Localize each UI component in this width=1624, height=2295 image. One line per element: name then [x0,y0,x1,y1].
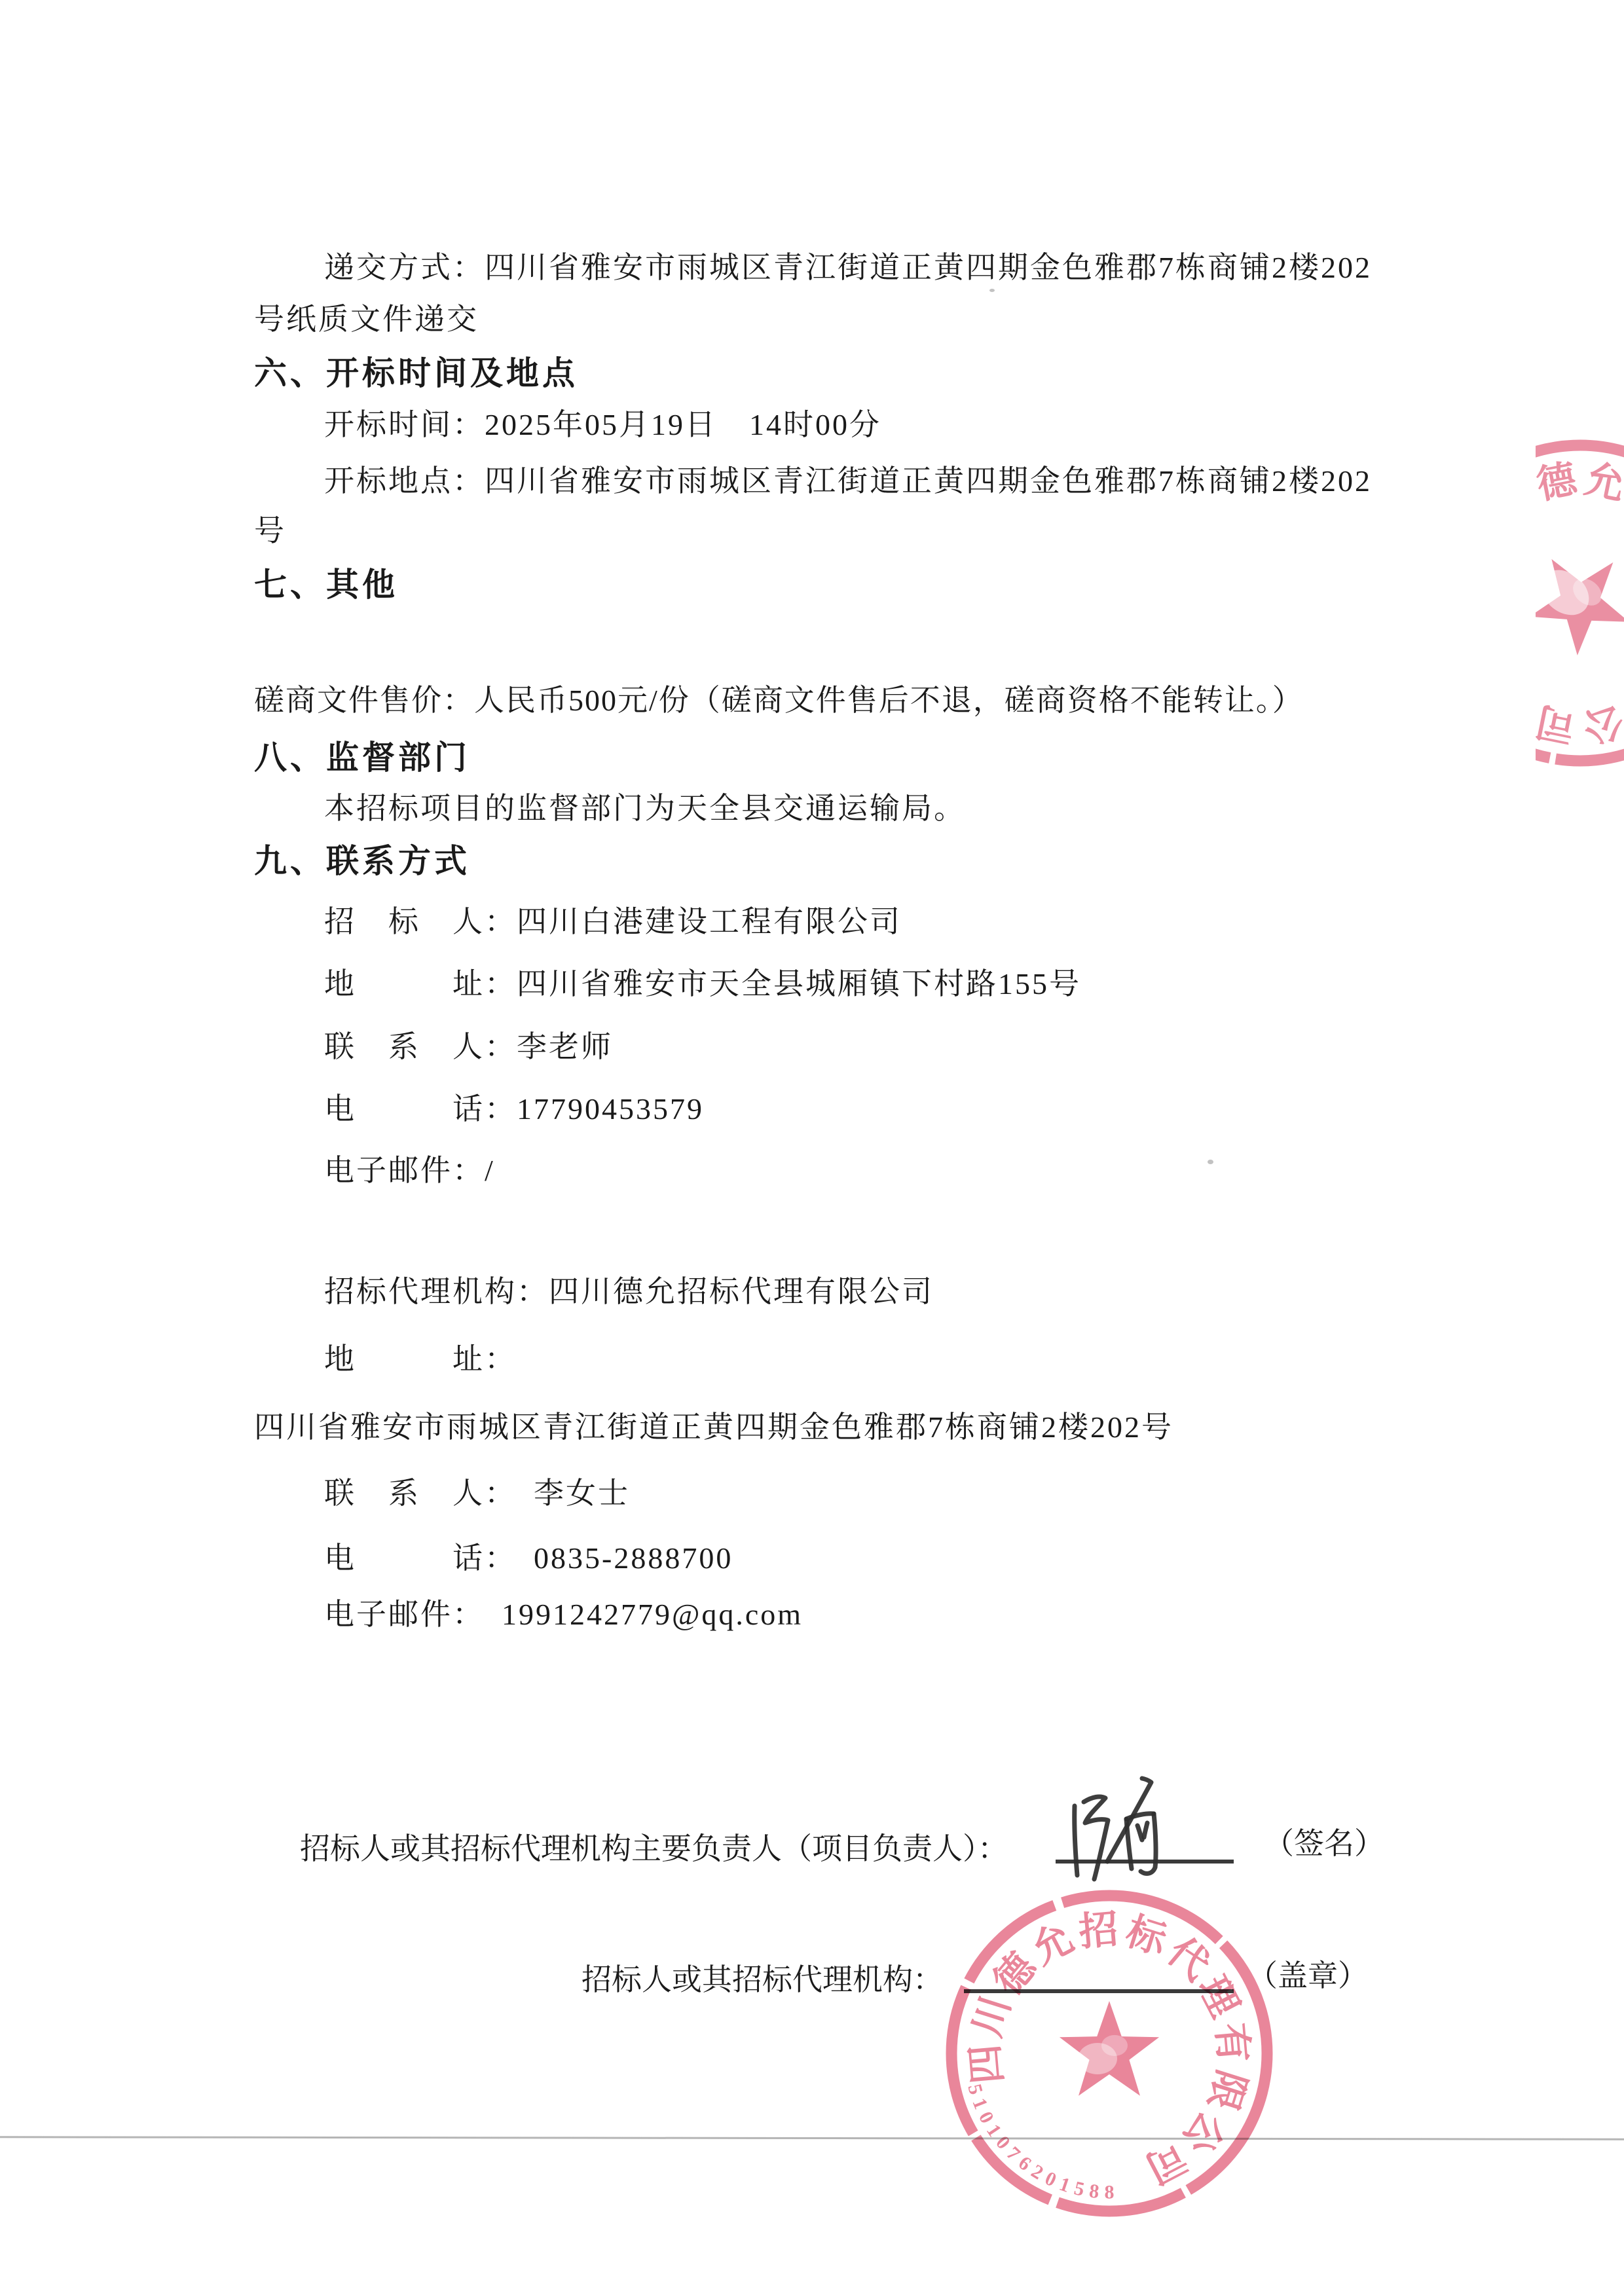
label-sign-name: （签名） [1264,1826,1384,1862]
heading-section-8: 八、监督部门 [254,738,470,777]
company-seal-stamp-bottom: 四川德允招标代理有限公司5101076201588 [946,1890,1273,2217]
stamp-serial-digit: 1 [1056,2173,1073,2197]
line-supervision-dept: 本招标项目的监督部门为天全县交通运输局。 [324,790,966,826]
stamp-serial-digit: 0 [1042,2167,1060,2191]
line-tenderer-email: 电子邮件：/ [324,1152,495,1188]
signature-stroke [1075,1806,1077,1875]
line-submission-method-wrap: 号纸质文件递交 [254,301,479,337]
stamp-ring-char: 允 [1581,457,1624,507]
signature-stroke [1141,1814,1156,1873]
stamp-ring-char: 川 [965,1991,1018,2042]
line-agency-email: 电子邮件： 1991242779@qq.com [324,1596,803,1632]
line-bid-opening-place-wrap: 号 [254,513,286,549]
scan-speck-1 [989,289,995,292]
stamp-ring-char: 四 [963,2043,1010,2086]
company-seal-stamp-edge-partial-clip: 四川德允招标代理有限公司5101076201588 [1536,419,1624,786]
stamp-serial-digit: 1 [968,2095,991,2112]
stamp-ink-void [1101,2035,1128,2056]
stamp-ring-char: 司 [1536,699,1579,749]
heading-section-9: 九、联系方式 [254,841,470,881]
stamp-ring-char: 标 [1121,1909,1173,1963]
stamp-ring-char: 德 [1536,457,1581,507]
scan-artifact-line [0,2136,1624,2140]
stamp-serial-digit: 8 [1105,2182,1115,2203]
line-tenderer-phone: 电 话：17790453579 [324,1091,704,1127]
stamp-ring-char: 限 [1200,2065,1253,2116]
company-seal-stamp-edge-partial: 四川德允招标代理有限公司5101076201588 [1536,439,1624,767]
line-bid-opening-time: 开标时间：2025年05月19日 14时00分 [324,407,881,443]
signature-stroke [1144,1823,1147,1837]
line-agency-address-label: 地 址： [324,1341,517,1377]
stamp-ring-char: 招 [1077,1907,1120,1954]
stamp-ring-char: 有 [1209,2021,1255,2065]
line-agency-name: 招标代理机构：四川德允招标代理有限公司 [324,1274,934,1310]
signature-stroke [1084,1797,1108,1879]
scanned-document-page: 递交方式：四川省雅安市雨城区青江街道正黄四期金色雅郡7栋商铺2楼202号纸质文件… [0,0,1624,2295]
line-document-price: 磋商文件售价：人民币500元/份（磋商文件售后不退，磋商资格不能转让。） [254,682,1304,718]
line-agency-phone: 电 话： 0835-2888700 [324,1540,733,1576]
line-submission-method: 递交方式：四川省雅安市雨城区青江街道正黄四期金色雅郡7栋商铺2楼202 [324,249,1372,285]
scan-speck-0 [1208,1160,1213,1164]
line-bid-opening-place: 开标地点：四川省雅安市雨城区青江街道正黄四期金色雅郡7栋商铺2楼202 [324,463,1372,499]
line-tenderer-contact: 联 系 人：李老师 [324,1029,613,1065]
signature-blank-line [1056,1860,1234,1864]
signature-stroke [1126,1814,1154,1819]
line-org-seal: 招标人或其招标代理机构： [581,1962,943,1998]
line-tenderer-name: 招 标 人：四川白港建设工程有限公司 [324,904,902,940]
line-agency-contact: 联 系 人： 李女士 [324,1475,630,1511]
line-responsible-person: 招标人或其招标代理机构主要负责人（项目负责人）： [300,1831,1008,1867]
heading-section-7: 七、其他 [254,565,398,604]
heading-section-6: 六、开标时间及地点 [254,354,578,393]
line-agency-address-value: 四川省雅安市雨城区青江街道正黄四期金色雅郡7栋商铺2楼202号 [254,1409,1173,1445]
stamp-ring-char: 公 [1580,699,1624,748]
stamp-serial-digit: 8 [1088,2180,1101,2203]
line-tenderer-address: 地 址：四川省雅安市天全县城厢镇下村路155号 [324,966,1081,1002]
signature-stroke [1137,1826,1142,1840]
handwritten-signature [0,0,1624,2295]
stamp-serial-digit: 5 [1072,2177,1086,2200]
signature-stroke [1107,1778,1151,1862]
